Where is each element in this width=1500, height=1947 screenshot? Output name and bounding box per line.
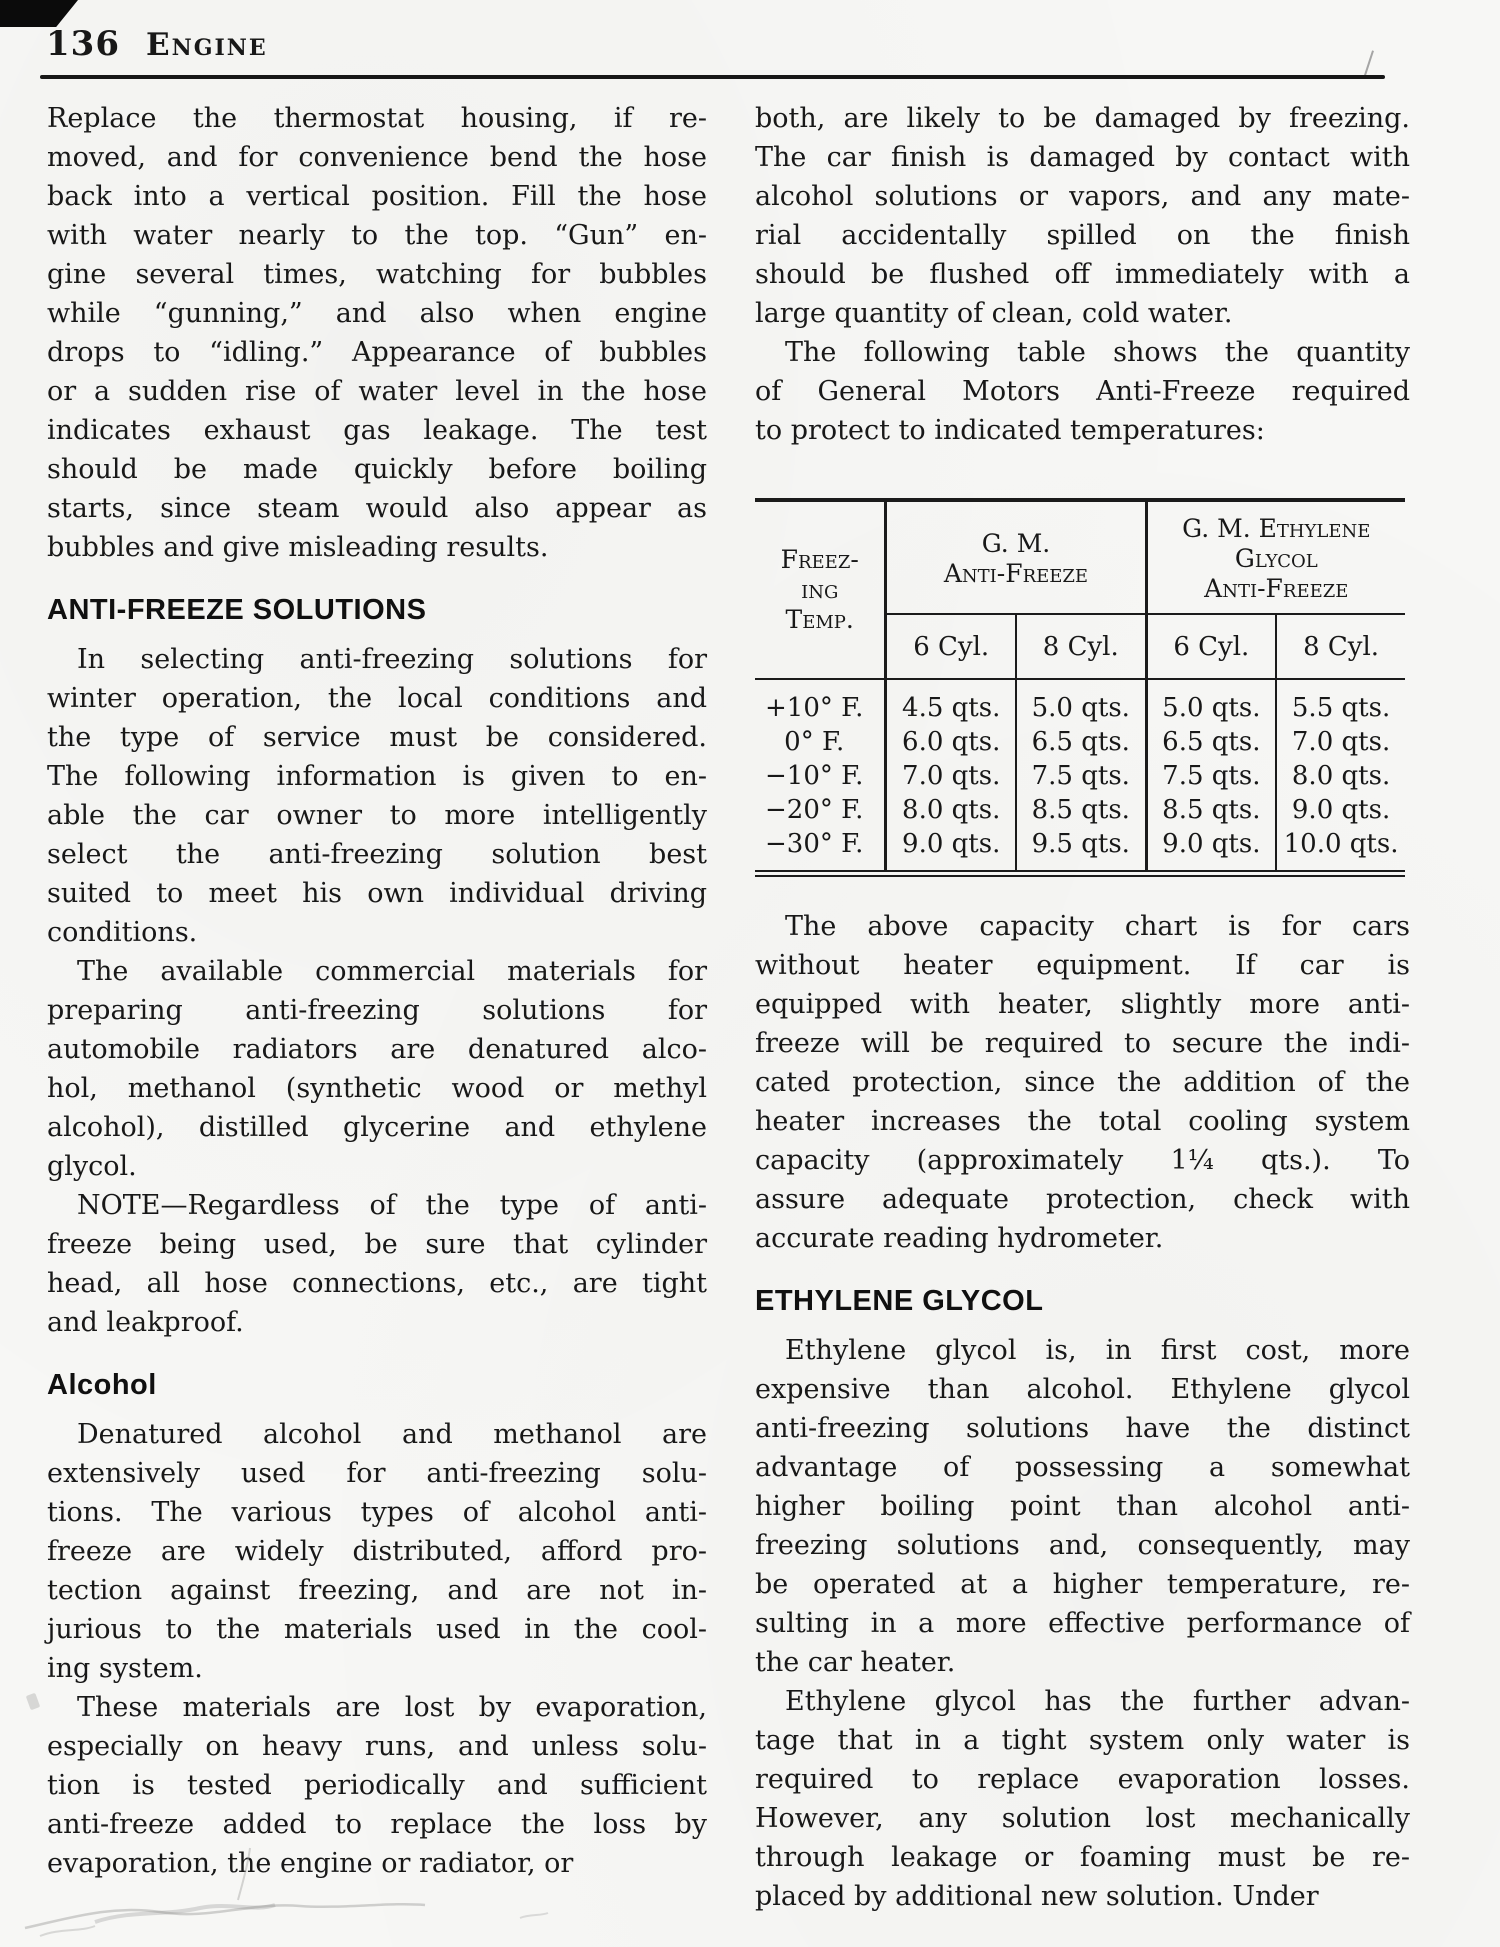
text-line: heater increases the total cooling syste… bbox=[755, 1102, 1410, 1141]
text-line: conditions. bbox=[47, 913, 707, 952]
qty-cell: 5.0 qts. bbox=[1146, 679, 1276, 725]
qty-cell: 9.5 qts. bbox=[1016, 827, 1146, 874]
right-column-text-bottom: The above capacity chart is for carswith… bbox=[755, 907, 1410, 1916]
table-header-gm-antifreeze: G. M. Anti-Freeze bbox=[886, 500, 1146, 614]
text-line: The car finish is damaged by contact wit… bbox=[755, 138, 1410, 177]
text-line: tions. The various types of alcohol anti… bbox=[47, 1493, 707, 1532]
text-line: freeze being used, be sure that cylinder bbox=[47, 1225, 707, 1264]
text-line: The available commercial materials for bbox=[47, 952, 707, 991]
text-line: drops to “idling.” Appearance of bubbles bbox=[47, 333, 707, 372]
margin-smudge bbox=[26, 1693, 41, 1711]
text-line: glycol. bbox=[47, 1147, 707, 1186]
text-line: advantage of possessing a somewhat bbox=[755, 1448, 1410, 1487]
text-line: or a sudden rise of water level in the h… bbox=[47, 372, 707, 411]
manual-page: 136Engine Replace the thermostat housing… bbox=[0, 0, 1500, 1947]
text-line: freeze are widely distributed, afford pr… bbox=[47, 1532, 707, 1571]
text-line: Replace the thermostat housing, if re- bbox=[47, 99, 707, 138]
qty-cell: 7.5 qts. bbox=[1146, 759, 1276, 793]
header-line: G. M. bbox=[887, 529, 1144, 559]
header-line: Temp. bbox=[756, 605, 883, 635]
text-line: both, are likely to be damaged by freezi… bbox=[755, 99, 1410, 138]
subheader-8cyl: 8 Cyl. bbox=[1276, 614, 1405, 679]
paragraph: NOTE—Regardless of the type of anti-free… bbox=[47, 1186, 707, 1342]
text-line: head, all hose connections, etc., are ti… bbox=[47, 1264, 707, 1303]
text-line: suited to meet his own individual drivin… bbox=[47, 874, 707, 913]
text-line: should be made quickly before boiling bbox=[47, 450, 707, 489]
table-header-gm-ethylene-glycol: G. M. Ethylene Glycol Anti-Freeze bbox=[1146, 500, 1405, 614]
qty-cell: 6.0 qts. bbox=[886, 725, 1016, 759]
text-line: and leakproof. bbox=[47, 1303, 707, 1342]
text-line: tection against freezing, and are not in… bbox=[47, 1571, 707, 1610]
text-line: tion is tested periodically and sufficie… bbox=[47, 1766, 707, 1805]
table-row: −20° F. 8.0 qts. 8.5 qts. 8.5 qts. 9.0 q… bbox=[755, 793, 1405, 827]
qty-cell: 6.5 qts. bbox=[1016, 725, 1146, 759]
text-line: able the car owner to more intelligently bbox=[47, 796, 707, 835]
left-column-text: Replace the thermostat housing, if re-mo… bbox=[47, 99, 707, 1883]
text-line: the type of service must be considered. bbox=[47, 718, 707, 757]
text-line: The above capacity chart is for cars bbox=[755, 907, 1410, 946]
qty-cell: 4.5 qts. bbox=[886, 679, 1016, 725]
qty-cell: 10.0 qts. bbox=[1276, 827, 1405, 874]
text-line: equipped with heater, slightly more anti… bbox=[755, 985, 1410, 1024]
temp-cell: 0° F. bbox=[755, 725, 886, 759]
page-header: 136Engine bbox=[46, 24, 268, 64]
text-line: The following information is given to en… bbox=[47, 757, 707, 796]
text-line: required to replace evaporation losses. bbox=[755, 1760, 1410, 1799]
right-column-text-top: both, are likely to be damaged by freezi… bbox=[755, 99, 1410, 450]
header-line: Freez- bbox=[756, 545, 883, 575]
qty-cell: 9.0 qts. bbox=[1276, 793, 1405, 827]
text-line: In selecting anti-freezing solutions for bbox=[47, 640, 707, 679]
text-line: However, any solution lost mechanically bbox=[755, 1799, 1410, 1838]
header-line: Anti-Freeze bbox=[887, 559, 1144, 589]
qty-cell: 7.0 qts. bbox=[1276, 725, 1405, 759]
qty-cell: 5.0 qts. bbox=[1016, 679, 1146, 725]
text-line: anti-freezing solutions have the distinc… bbox=[755, 1409, 1410, 1448]
pen-slash-mark bbox=[1364, 50, 1374, 75]
paragraph: Ethylene glycol is, in first cost, moree… bbox=[755, 1331, 1410, 1682]
header-rule bbox=[40, 75, 1385, 79]
table-row: −10° F. 7.0 qts. 7.5 qts. 7.5 qts. 8.0 q… bbox=[755, 759, 1405, 793]
text-line: starts, since steam would also appear as bbox=[47, 489, 707, 528]
text-line: select the anti-freezing solution best bbox=[47, 835, 707, 874]
temp-cell: −10° F. bbox=[755, 759, 886, 793]
text-line: extensively used for anti-freezing solu- bbox=[47, 1454, 707, 1493]
text-line: assure adequate protection, check with bbox=[755, 1180, 1410, 1219]
scan-corner-artifact bbox=[0, 0, 78, 27]
text-line: automobile radiators are denatured alco- bbox=[47, 1030, 707, 1069]
paragraph: The following table shows the quantityof… bbox=[755, 333, 1410, 450]
paragraph: both, are likely to be damaged by freezi… bbox=[755, 99, 1410, 333]
text-line: The following table shows the quantity bbox=[755, 333, 1410, 372]
subheader-8cyl: 8 Cyl. bbox=[1016, 614, 1146, 679]
paragraph: Denatured alcohol and methanol areextens… bbox=[47, 1415, 707, 1688]
qty-cell: 8.5 qts. bbox=[1146, 793, 1276, 827]
paragraph: In selecting anti-freezing solutions for… bbox=[47, 640, 707, 952]
text-line: alcohol), distilled glycerine and ethyle… bbox=[47, 1108, 707, 1147]
text-line: NOTE—Regardless of the type of anti- bbox=[47, 1186, 707, 1225]
text-line: should be flushed off immediately with a bbox=[755, 255, 1410, 294]
qty-cell: 8.5 qts. bbox=[1016, 793, 1146, 827]
text-line: while “gunning,” and also when engine bbox=[47, 294, 707, 333]
table-row: 0° F. 6.0 qts. 6.5 qts. 6.5 qts. 7.0 qts… bbox=[755, 725, 1405, 759]
qty-cell: 8.0 qts. bbox=[886, 793, 1016, 827]
text-line: moved, and for convenience bend the hose bbox=[47, 138, 707, 177]
text-line: jurious to the materials used in the coo… bbox=[47, 1610, 707, 1649]
header-line: Glycol bbox=[1148, 544, 1405, 574]
temp-cell: −20° F. bbox=[755, 793, 886, 827]
text-line: hol, methanol (synthetic wood or methyl bbox=[47, 1069, 707, 1108]
text-line: gine several times, watching for bubbles bbox=[47, 255, 707, 294]
paragraph: Ethylene glycol has the further advan-ta… bbox=[755, 1682, 1410, 1916]
text-line: sulting in a more effective performance … bbox=[755, 1604, 1410, 1643]
text-line: winter operation, the local conditions a… bbox=[47, 679, 707, 718]
text-line: of General Motors Anti-Freeze required bbox=[755, 372, 1410, 411]
subheader-6cyl: 6 Cyl. bbox=[886, 614, 1016, 679]
section-heading: ANTI-FREEZE SOLUTIONS bbox=[47, 593, 707, 627]
text-line: with water nearly to the top. “Gun” en- bbox=[47, 216, 707, 255]
header-line: ing bbox=[756, 575, 883, 605]
text-line: to protect to indicated temperatures: bbox=[755, 411, 1410, 450]
header-line: G. M. Ethylene bbox=[1148, 514, 1405, 544]
temp-cell: +10° F. bbox=[755, 679, 886, 725]
left-column: Replace the thermostat housing, if re-mo… bbox=[47, 99, 707, 1883]
page-number: 136 bbox=[46, 24, 120, 64]
text-line: higher boiling point than alcohol anti- bbox=[755, 1487, 1410, 1526]
section-title: Engine bbox=[146, 27, 268, 63]
qty-cell: 9.0 qts. bbox=[886, 827, 1016, 874]
anti-freeze-table: Freez- ing Temp. G. M. Anti-Freeze G. M.… bbox=[755, 498, 1405, 877]
header-line: Anti-Freeze bbox=[1148, 574, 1405, 604]
qty-cell: 8.0 qts. bbox=[1276, 759, 1405, 793]
text-line: These materials are lost by evaporation, bbox=[47, 1688, 707, 1727]
text-line: capacity (approximately 1¼ qts.). To bbox=[755, 1141, 1410, 1180]
text-line: anti-freeze added to replace the loss by bbox=[47, 1805, 707, 1844]
text-line: freezing solutions and, consequently, ma… bbox=[755, 1526, 1410, 1565]
text-line: preparing anti-freezing solutions for bbox=[47, 991, 707, 1030]
paragraph: Replace the thermostat housing, if re-mo… bbox=[47, 99, 707, 567]
text-line: without heater equipment. If car is bbox=[755, 946, 1410, 985]
text-line: bubbles and give misleading results. bbox=[47, 528, 707, 567]
paragraph: The available commercial materials forpr… bbox=[47, 952, 707, 1186]
text-line: back into a vertical position. Fill the … bbox=[47, 177, 707, 216]
section-heading: Alcohol bbox=[47, 1368, 707, 1402]
qty-cell: 6.5 qts. bbox=[1146, 725, 1276, 759]
text-line: tage that in a tight system only water i… bbox=[755, 1721, 1410, 1760]
text-line: through leakage or foaming must be re- bbox=[755, 1838, 1410, 1877]
qty-cell: 9.0 qts. bbox=[1146, 827, 1276, 874]
text-line: the car heater. bbox=[755, 1643, 1410, 1682]
text-line: evaporation, the engine or radiator, or bbox=[47, 1844, 707, 1883]
table-header-freezing-temp: Freez- ing Temp. bbox=[755, 500, 886, 679]
text-line: Ethylene glycol is, in first cost, more bbox=[755, 1331, 1410, 1370]
right-column: both, are likely to be damaged by freezi… bbox=[755, 99, 1410, 1916]
text-line: indicates exhaust gas leakage. The test bbox=[47, 411, 707, 450]
text-line: rial accidentally spilled on the finish bbox=[755, 216, 1410, 255]
qty-cell: 7.5 qts. bbox=[1016, 759, 1146, 793]
text-line: Ethylene glycol has the further advan- bbox=[755, 1682, 1410, 1721]
subheader-6cyl: 6 Cyl. bbox=[1146, 614, 1276, 679]
text-line: accurate reading hydrometer. bbox=[755, 1219, 1410, 1258]
paragraph: The above capacity chart is for carswith… bbox=[755, 907, 1410, 1258]
table-row: +10° F. 4.5 qts. 5.0 qts. 5.0 qts. 5.5 q… bbox=[755, 679, 1405, 725]
text-line: cated protection, since the addition of … bbox=[755, 1063, 1410, 1102]
text-line: Denatured alcohol and methanol are bbox=[47, 1415, 707, 1454]
text-line: especially on heavy runs, and unless sol… bbox=[47, 1727, 707, 1766]
qty-cell: 5.5 qts. bbox=[1276, 679, 1405, 725]
section-heading: ETHYLENE GLYCOL bbox=[755, 1284, 1410, 1318]
text-line: alcohol solutions or vapors, and any mat… bbox=[755, 177, 1410, 216]
table-row: −30° F. 9.0 qts. 9.5 qts. 9.0 qts. 10.0 … bbox=[755, 827, 1405, 874]
text-line: ing system. bbox=[47, 1649, 707, 1688]
paragraph: These materials are lost by evaporation,… bbox=[47, 1688, 707, 1883]
text-line: placed by additional new solution. Under bbox=[755, 1877, 1410, 1916]
temp-cell: −30° F. bbox=[755, 827, 886, 874]
text-line: freeze will be required to secure the in… bbox=[755, 1024, 1410, 1063]
text-line: expensive than alcohol. Ethylene glycol bbox=[755, 1370, 1410, 1409]
text-line: large quantity of clean, cold water. bbox=[755, 294, 1410, 333]
qty-cell: 7.0 qts. bbox=[886, 759, 1016, 793]
text-line: be operated at a higher temperature, re- bbox=[755, 1565, 1410, 1604]
